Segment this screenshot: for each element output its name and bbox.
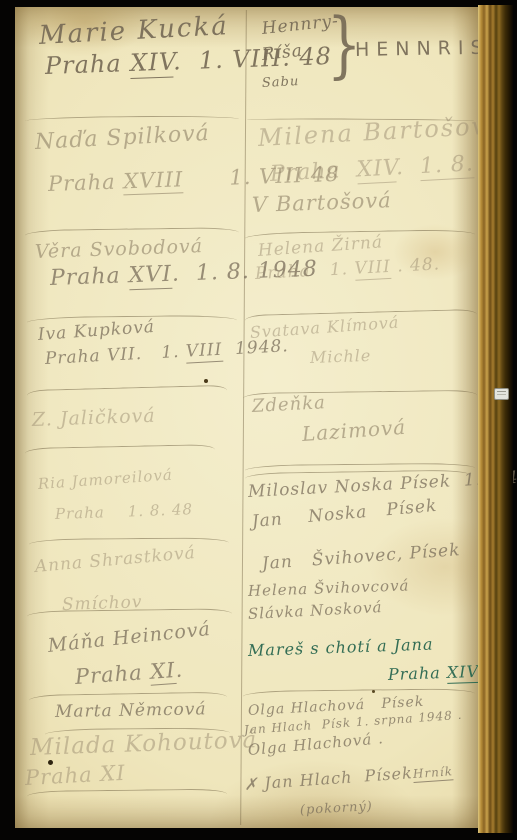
signature-line: Mareš s chotí a Jana <box>248 637 434 660</box>
entry-divider-line <box>243 390 477 404</box>
entry-divider-line <box>27 315 237 328</box>
signature-line: Z. Jaličková <box>32 407 156 431</box>
entry-divider-line <box>29 537 229 550</box>
signature-line: Máňa Heincová <box>47 620 212 657</box>
ink-speck <box>204 379 208 383</box>
page-marker-icon <box>494 388 509 400</box>
signature-line: Praha XIV . <box>388 663 492 683</box>
signature-line: V Bartošová <box>252 189 392 216</box>
signature-line: Jan Noska Písek <box>251 498 438 532</box>
signature-line: Praha XI. <box>74 658 184 688</box>
signature-line: Věra Svobodová <box>35 237 204 263</box>
entry-divider-line <box>27 789 227 802</box>
signature-line: ✗ Jan Hlach Písek <box>243 765 413 794</box>
signature-line: Sabu <box>262 75 300 91</box>
scanned-guestbook-photo: { "document": { "kind": "handwritten gue… <box>0 0 517 840</box>
book-page-edges <box>478 5 513 833</box>
signature-line: Praha VII. 1. VIII 1948. <box>45 338 290 369</box>
entry-divider-line <box>25 227 239 241</box>
entry-divider-line <box>25 444 215 459</box>
signature-line: (pokorný) <box>300 800 374 817</box>
ink-speck <box>372 690 375 693</box>
signature-line: Anna Shrastková <box>34 545 196 577</box>
signature-line: Lazimová <box>301 417 407 445</box>
column-divider-line <box>240 10 247 825</box>
signature-line: Ria Jamoreilová <box>37 468 173 493</box>
page: Marie KuckáPraha XIV. 1. VIII. 48Naďa Sp… <box>15 7 478 828</box>
signature-line: Slávka Nosková <box>248 600 383 623</box>
entry-divider-line <box>245 229 475 244</box>
signature-line: Jan Švihovec, Písek <box>261 542 461 574</box>
signature-line: Praha XIV. 1. 8. 48 <box>269 150 512 186</box>
entry-divider-line <box>243 688 475 702</box>
signature-line: Hrník <box>413 765 454 780</box>
entry-divider-line <box>27 385 227 401</box>
signature-line: Praha 1. 8. 48 <box>55 502 194 523</box>
ink-speck <box>48 760 53 765</box>
signature-line: Michle <box>310 348 372 367</box>
signature-line: Helena Švihovcová <box>248 578 410 599</box>
entry-divider-line <box>247 118 475 130</box>
signature-line: Marie Kucká <box>38 13 229 50</box>
signature-line: Praha XI <box>24 762 126 789</box>
